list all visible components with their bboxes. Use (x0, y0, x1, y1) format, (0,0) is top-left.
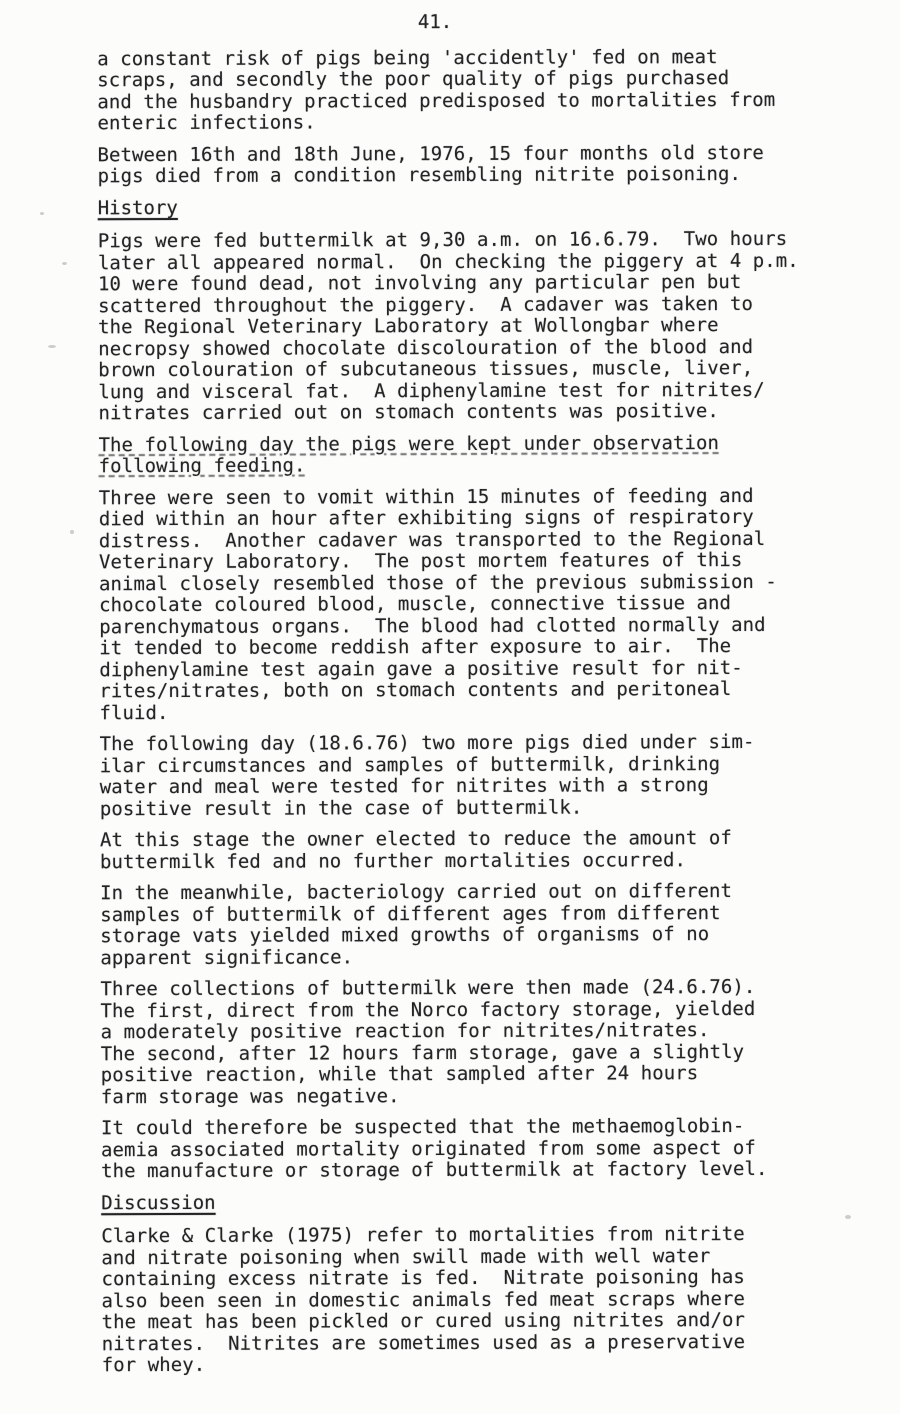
page-number: 41. (0, 0, 870, 35)
document-blocks: a constant risk of pigs being 'accidentl… (0, 32, 900, 1377)
scanned-page: 41. a constant risk of pigs being 'accid… (0, 0, 900, 1414)
paragraph: The following day (18.6.76) two more pig… (100, 732, 843, 821)
paragraph: The following day the pigs were kept und… (99, 432, 842, 478)
paragraph: It could therefore be suspected that the… (101, 1116, 844, 1183)
paragraph: Three were seen to vomit within 15 minut… (99, 485, 843, 724)
paragraph: At this stage the owner elected to reduc… (100, 828, 843, 874)
paragraph: Clarke & Clarke (1975) refer to mortalit… (101, 1224, 845, 1377)
section-heading: History (98, 195, 841, 219)
paragraph: a constant risk of pigs being 'accidentl… (97, 46, 840, 135)
paragraph: Three collections of buttermilk were the… (100, 977, 843, 1109)
paragraph: Between 16th and 18th June, 1976, 15 fou… (98, 142, 841, 188)
paragraph: In the meanwhile, bacteriology carried o… (100, 881, 843, 970)
paragraph: Pigs were fed buttermilk at 9,30 a.m. on… (98, 229, 842, 425)
section-heading: Discussion (101, 1190, 844, 1214)
